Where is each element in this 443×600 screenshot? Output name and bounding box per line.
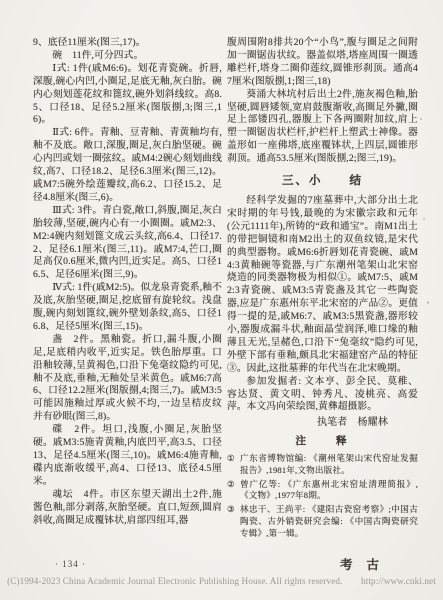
notes-heading: 注 释 (227, 436, 418, 449)
left-column: 9、底径11厘米(图三,17)。 碗 11件,可分四式。 Ⅰ式: 1件(戚M6:… (33, 37, 222, 527)
scan-speck (423, 218, 425, 220)
footnote: ② 曾广亿等: 《广东惠州北宋窑址清理简报》,《文物》,1977年8期。 (227, 479, 418, 503)
page-number: · 134 · (55, 559, 86, 569)
section-heading: 三、小 结 (227, 175, 418, 188)
right-column: 腹周围附8排共20个“小鸟”,腹与圈足之间附加一圈锯齿状纹。器盖似塔,塔座周围一… (227, 37, 418, 541)
journal-name: 考古 (340, 555, 393, 573)
body-paragraph: 腹周围附8排共20个“小鸟”,腹与圈足之间附加一圈锯齿状纹。器盖似塔,塔座周围一… (227, 37, 418, 89)
footnote-marker: ③ (227, 504, 240, 540)
footnote-text: 林忠干、王尚平: 《建阳古瓷窑考察》;中国古陶瓷、古外销瓷研究会编: 《中国古陶… (240, 504, 418, 540)
footnote-text: 曾广亿等: 《广东惠州北宋窑址清理简报》,《文物》,1977年8期。 (240, 479, 418, 503)
body-paragraph: 碗 11件,可分四式。 (33, 50, 222, 63)
footnote-marker: ① (227, 453, 240, 477)
body-paragraph: 魂坛 4件。市区东望天湖出土2件,施酱色釉,部分剥落,灰胎坚硬。直口,短颈,圆肩… (33, 489, 222, 528)
body-paragraph: 盏 2件。黑釉瓷。折口,漏斗腹,小圈足,足底稍内收平,近实足。铁色胎厚重。口沿釉… (33, 334, 222, 424)
body-paragraph: Ⅰ式: 1件(戚M6:6)。划花青瓷碗。折唇,深腹,碗心内凹,小圈足,足底无釉,… (33, 63, 222, 128)
body-paragraph: 参加发掘者: 文本亨、彭全民、莫稚、容达贤、黄文明、钟秀凡、凌桃亮、高爱萍。本文… (227, 376, 418, 415)
scan-speck (427, 301, 429, 304)
scan-speck (420, 118, 422, 120)
footnote: ① 广东省博物馆编: 《潮州笔架山宋代窑址发掘报告》,1981年,文物出版社。 (227, 453, 418, 477)
body-paragraph: 碟 2件。坦口,浅腹,小圈足,灰胎坚硬。戚M3:5施青黄釉,内底凹平,高3.5、… (33, 424, 222, 489)
body-paragraph: Ⅲ式: 3件。青白瓷,敞口,斜腹,圈足,灰白胎较薄,坚硬,碗内心有一小圈圈。戚M… (33, 205, 222, 282)
footnote-marker: ② (227, 479, 240, 503)
body-paragraph: 葵涌大林坑村后出土2件,施灰褐色釉,胎坚硬,圆唇矮领,宽肩鼓腹渐收,高圈足外撇,… (227, 89, 418, 166)
copyright-watermark: (C)1994-2023 China Academic Journal Elec… (0, 573, 443, 587)
byline: 执笔者 杨耀林 (227, 417, 418, 430)
body-paragraph: Ⅱ式: 6件。青釉、豆青釉、青黄釉均有,釉不及底。敞口,深腹,圈足,灰白胎坚硬。… (33, 127, 222, 204)
footnote-text: 广东省博物馆编: 《潮州笔架山宋代窑址发掘报告》,1981年,文物出版社。 (240, 453, 418, 477)
journal-scan-page: 9、底径11厘米(图三,17)。 碗 11件,可分四式。 Ⅰ式: 1件(戚M6:… (0, 0, 443, 600)
footnote: ③ 林忠干、王尚平: 《建阳古瓷窑考察》;中国古陶瓷、古外销瓷研究会编: 《中国… (227, 504, 418, 540)
body-paragraph: 经科学发掘的7座墓葬中,大部分出土北宋时期的年号钱,最晚的为宋徽宗政和元年(公元… (227, 195, 418, 376)
body-paragraph: Ⅳ式: 1件(戚M2:5)。似龙泉青瓷系,釉不及底,灰胎坚硬,圈足,挖底留有旋轮… (33, 282, 222, 334)
body-paragraph: 9、底径11厘米(图三,17)。 (33, 37, 222, 50)
